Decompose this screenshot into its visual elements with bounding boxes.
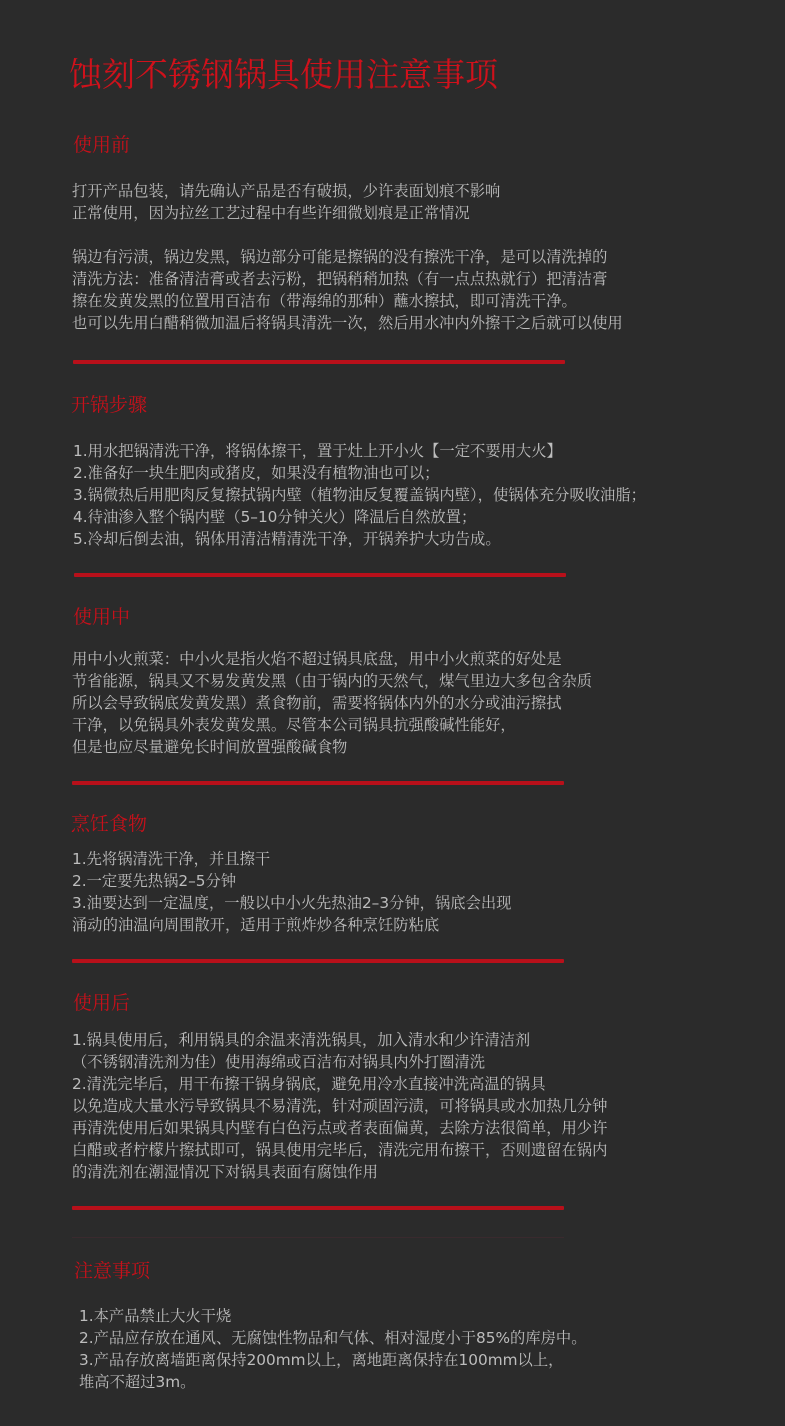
section-divider: [72, 959, 564, 963]
text-line: 白醋或者柠檬片擦拭即可，锅具使用完毕后，清洗完用布擦干，否则遗留在锅内: [72, 1139, 607, 1161]
text-line: 打开产品包装，请先确认产品是否有破损，少许表面划痕不影响: [72, 180, 623, 202]
text-line: 清洗方法：准备清洁膏或者去污粉，把锅稍稍加热（有一点点热就行）把清洁膏: [72, 268, 623, 290]
text-line: 擦在发黄发黑的位置用百洁布（带海绵的那种）蘸水擦拭，即可清洗干净。: [72, 290, 623, 312]
section-divider: [72, 781, 564, 785]
text-line: 正常使用，因为拉丝工艺过程中有些许细微划痕是正常情况: [72, 202, 623, 224]
text-line: 用中小火煎菜：中小火是指火焰不超过锅具底盘，用中小火煎菜的好处是: [72, 648, 592, 670]
section-divider: [72, 1206, 564, 1210]
text-line: 节省能源，锅具又不易发黄发黑（由于锅内的天然气，煤气里边大多包含杂质: [72, 670, 592, 692]
section-heading-before-use: 使用前: [73, 136, 130, 155]
section-body-cooking-food: 1.先将锅清洗干净，并且擦干 2.一定要先热锅2–5分钟 3.油要达到一定温度，…: [72, 848, 511, 936]
list-item: 1.本产品禁止大火干烧: [79, 1305, 587, 1327]
text-line: （不锈钢清洗剂为佳）使用海绵或百洁布对锅具内外打圈清洗: [72, 1051, 607, 1073]
section-heading-cooking-food: 烹饪食物: [71, 815, 147, 834]
section-body-seasoning-steps: 1.用水把锅清洗干净，将锅体擦干，置于灶上开小火【一定不要用大火】 2.准备好一…: [73, 440, 646, 550]
section-body-after-use: 1.锅具使用后，利用锅具的余温来清洗锅具，加入清水和少许清洁剂 （不锈钢清洗剂为…: [72, 1029, 607, 1183]
text-line: 2.清洗完毕后，用干布擦干锅身锅底，避免用冷水直接冲洗高温的锅具: [72, 1073, 607, 1095]
list-item: 堆高不超过3m。: [79, 1371, 587, 1393]
text-line: 但是也应尽量避免长时间放置强酸碱食物: [72, 736, 592, 758]
text-line: 1.锅具使用后，利用锅具的余温来清洗锅具，加入清水和少许清洁剂: [72, 1029, 607, 1051]
thin-divider: [72, 1237, 564, 1238]
list-item: 2.准备好一块生肥肉或猪皮，如果没有植物油也可以；: [73, 462, 646, 484]
list-item: 5.冷却后倒去油，锅体用清洁精清洗干净，开锅养护大功告成。: [73, 528, 646, 550]
list-item: 涌动的油温向周围散开，适用于煎炸炒各种烹饪防粘底: [72, 914, 511, 936]
section-heading-after-use: 使用后: [73, 994, 130, 1013]
section-body-precautions: 1.本产品禁止大火干烧 2.产品应存放在通风、无腐蚀性物品和气体、相对湿度小于8…: [79, 1305, 587, 1393]
text-line: 以免造成大量水污导致锅具不易清洗，针对顽固污渍，可将锅具或水加热几分钟: [72, 1095, 607, 1117]
page-title: 蚀刻不锈钢锅具使用注意事项: [69, 58, 498, 91]
text-line: 的清洗剂在潮湿情况下对锅具表面有腐蚀作用: [72, 1161, 607, 1183]
list-item: 4.待油渗入整个锅内壁（5–10分钟关火）降温后自然放置；: [73, 506, 646, 528]
list-item: 3.产品存放离墙距离保持200mm以上，离地距离保持在100mm以上，: [79, 1349, 587, 1371]
text-line: 锅边有污渍，锅边发黑，锅边部分可能是擦锅的没有擦洗干净，是可以清洗掉的: [72, 246, 623, 268]
section-heading-during-use: 使用中: [73, 608, 130, 627]
text-line: 所以会导致锅底发黄发黑）煮食物前，需要将锅体内外的水分或油污擦拭: [72, 692, 592, 714]
list-item: 3.油要达到一定温度，一般以中小火先热油2–3分钟，锅底会出现: [72, 892, 511, 914]
list-item: 2.产品应存放在通风、无腐蚀性物品和气体、相对湿度小于85%的库房中。: [79, 1327, 587, 1349]
section-heading-precautions: 注意事项: [74, 1262, 150, 1281]
section-body-before-use: 打开产品包装，请先确认产品是否有破损，少许表面划痕不影响 正常使用，因为拉丝工艺…: [72, 180, 623, 334]
text-line: 也可以先用白醋稍微加温后将锅具清洗一次，然后用水冲内外擦干之后就可以使用: [72, 312, 623, 334]
section-body-during-use: 用中小火煎菜：中小火是指火焰不超过锅具底盘，用中小火煎菜的好处是 节省能源，锅具…: [72, 648, 592, 758]
text-line: 干净，以免锅具外表发黄发黑。尽管本公司锅具抗强酸碱性能好，: [72, 714, 592, 736]
section-divider: [73, 360, 565, 364]
list-item: 3.锅微热后用肥肉反复擦拭锅内壁（植物油反复覆盖锅内壁），使锅体充分吸收油脂；: [73, 484, 646, 506]
list-item: 2.一定要先热锅2–5分钟: [72, 870, 511, 892]
section-divider: [74, 573, 566, 577]
section-heading-seasoning-steps: 开锅步骤: [71, 396, 147, 415]
spacer: [72, 224, 623, 246]
list-item: 1.先将锅清洗干净，并且擦干: [72, 848, 511, 870]
list-item: 1.用水把锅清洗干净，将锅体擦干，置于灶上开小火【一定不要用大火】: [73, 440, 646, 462]
text-line: 再清洗使用后如果锅具内壁有白色污点或者表面偏黄，去除方法很简单，用少许: [72, 1117, 607, 1139]
